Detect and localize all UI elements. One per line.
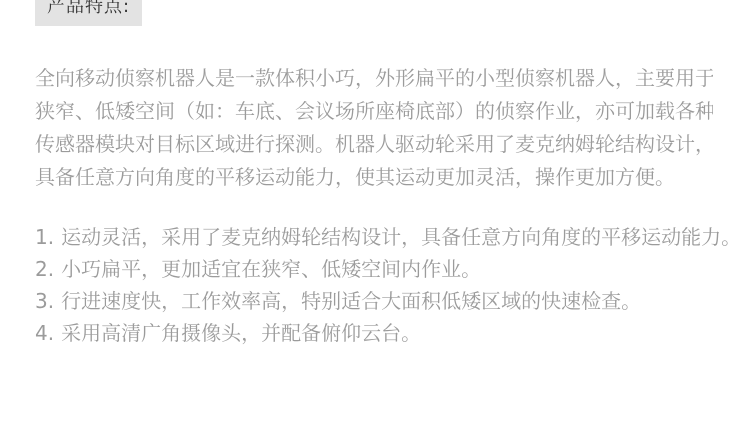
feature-item: 3.行进速度快，工作效率高，特别适合大面积低矮区域的快速检查。 [35,285,750,317]
product-description: 全向移动侦察机器人是一款体积小巧，外形扁平的小型侦察机器人，主要用于 狭窄、低矮… [35,62,713,194]
description-line: 传感器模块对目标区域进行探测。机器人驱动轮采用了麦克纳姆轮结构设计， [35,128,713,161]
feature-number: 1. [35,221,54,253]
feature-item: 4.采用高清广角摄像头，并配备俯仰云台。 [35,317,750,349]
feature-text: 行进速度快，工作效率高，特别适合大面积低矮区域的快速检查。 [61,289,641,313]
product-detail-page: { "page": { "background": "#ffffff", "he… [0,0,750,441]
feature-number: 2. [35,253,54,285]
feature-item: 2.小巧扁平，更加适宜在狭窄、低矮空间内作业。 [35,253,750,285]
section-title-product-features: 产品特点: [35,0,142,26]
feature-text: 采用高清广角摄像头，并配备俯仰云台。 [61,321,421,345]
description-line: 全向移动侦察机器人是一款体积小巧，外形扁平的小型侦察机器人，主要用于 [35,62,713,95]
feature-list: 1.运动灵活，采用了麦克纳姆轮结构设计，具备任意方向角度的平移运动能力。 2.小… [35,221,750,349]
feature-number: 4. [35,317,54,349]
description-line: 狭窄、低矮空间（如：车底、会议场所座椅底部）的侦察作业，亦可加载各种 [35,95,713,128]
feature-item: 1.运动灵活，采用了麦克纳姆轮结构设计，具备任意方向角度的平移运动能力。 [35,221,750,253]
feature-number: 3. [35,285,54,317]
feature-text: 小巧扁平，更加适宜在狭窄、低矮空间内作业。 [61,257,481,281]
feature-text: 运动灵活，采用了麦克纳姆轮结构设计，具备任意方向角度的平移运动能力。 [61,225,741,249]
description-line: 具备任意方向角度的平移运动能力，使其运动更加灵活，操作更加方便。 [35,161,713,194]
